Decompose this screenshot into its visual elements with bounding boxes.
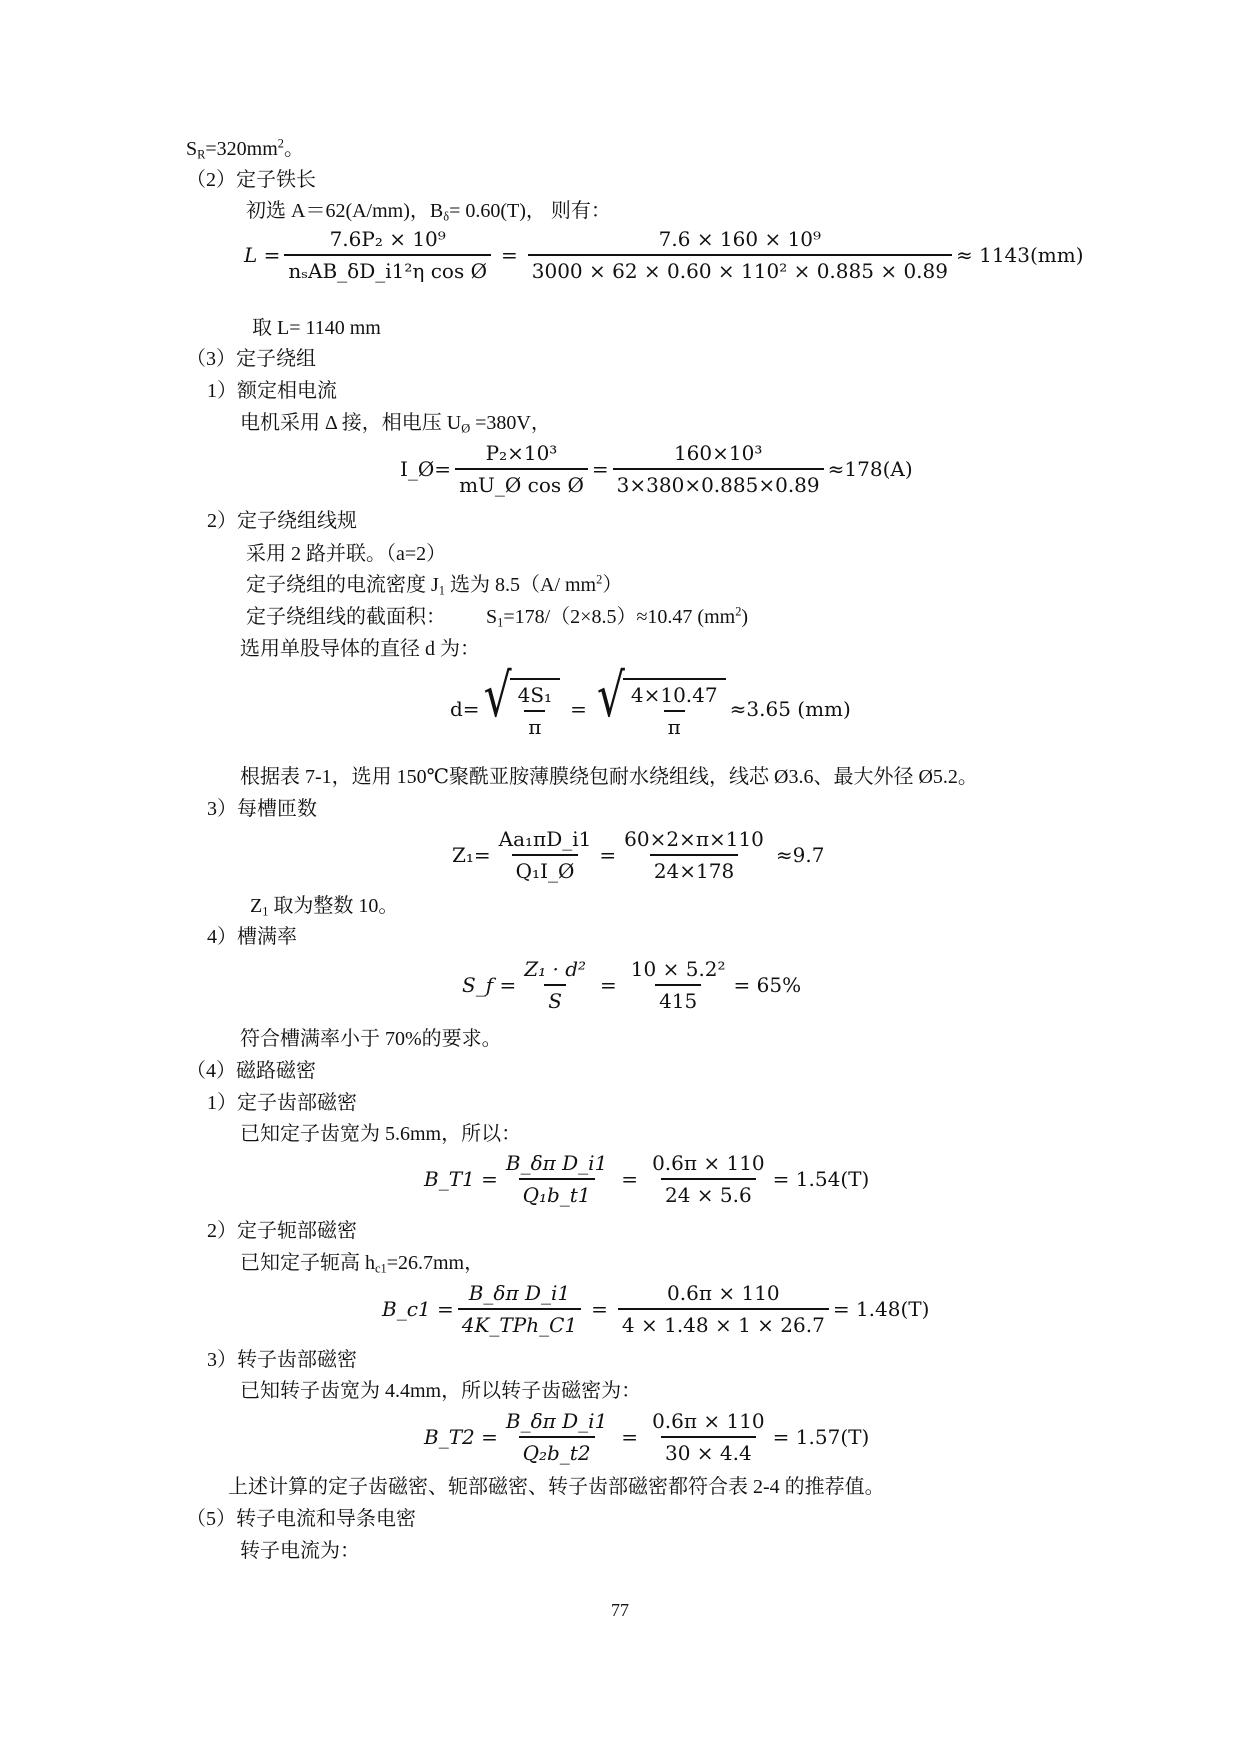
equals-sign: = (599, 843, 616, 867)
sr-line: SR=320mm2。 (186, 136, 304, 162)
subsection-heading: 2）定子绕组线规 (207, 508, 357, 534)
text: 电机采用 Δ 接，相电压 U (240, 412, 461, 434)
equation-turns-per-slot: Z₁= Aa₁πD_i1 Q₁I_Ø = 60×2×π×110 24×178 ≈… (452, 826, 824, 884)
text: ) (741, 606, 748, 628)
equals-sign: = (621, 1425, 638, 1449)
subsection-heading: 3）转子齿部磁密 (207, 1347, 357, 1373)
section-heading: （4）磁路磁密 (186, 1058, 316, 1084)
text: =178/（2×8.5）≈10.47 (mm (503, 606, 735, 628)
numerator: 4×10.47 (627, 682, 722, 710)
equation-conductor-diameter: d= √ 4S₁ π = √ 4×10.47 π ≈3.65 (mm) (450, 678, 851, 740)
text: 定子绕组线的截面积： S (246, 606, 497, 628)
radical-sign-icon: √ (484, 667, 512, 751)
numerator: B_δπ D_i1 (502, 1408, 611, 1436)
square-root: √ 4×10.47 π (597, 678, 726, 740)
denominator: S (544, 984, 566, 1014)
numerator: 7.6P₂ × 10⁹ (326, 226, 450, 254)
page-number: 77 (0, 1600, 1240, 1621)
radicand: 4S₁ π (510, 678, 560, 740)
text: 初选 A＝62(A/mm)，B (246, 200, 443, 222)
fraction: 60×2×π×110 24×178 (620, 826, 768, 884)
denominator: 24 × 5.6 (661, 1178, 756, 1208)
denominator: 4 × 1.48 × 1 × 26.7 (618, 1308, 829, 1338)
equals-sign: = (621, 1167, 638, 1191)
paragraph: 定子绕组的电流密度 J1 选为 8.5（A/ mm2） (246, 572, 622, 598)
subscript: c1 (375, 1262, 387, 1276)
eq-result: = 1.57(T) (773, 1425, 870, 1449)
numerator: 10 × 5.2² (627, 956, 730, 984)
numerator: 0.6π × 110 (663, 1280, 784, 1308)
denominator: nₛAB_δD_i1²η cos Ø (284, 254, 491, 284)
paragraph: 根据表 7-1，选用 150℃聚酰亚胺薄膜绕包耐水绕组线，线芯 Ø3.6、最大外… (240, 764, 978, 790)
text: S (186, 138, 197, 160)
subsection-heading: 1）定子齿部磁密 (207, 1090, 357, 1116)
equals-sign: = (600, 973, 617, 997)
eq-lhs: L = (244, 243, 280, 267)
denominator: 3×380×0.885×0.89 (613, 468, 824, 498)
numerator: 0.6π × 110 (648, 1150, 769, 1178)
eq-lhs: B_T2 = (424, 1425, 498, 1449)
denominator: Q₂b_t2 (519, 1436, 595, 1466)
denominator: Q₁b_t1 (519, 1178, 595, 1208)
fraction: 7.6 × 160 × 10⁹ 3000 × 62 × 0.60 × 110² … (528, 226, 952, 284)
equals-sign: = (501, 243, 518, 267)
text: ） (602, 574, 622, 596)
subsection-heading: 2）定子轭部磁密 (207, 1218, 357, 1244)
eq-lhs: B_T1 = (424, 1167, 498, 1191)
fraction: 4×10.47 π (627, 682, 722, 740)
numerator: 0.6π × 110 (648, 1408, 769, 1436)
eq-result: ≈3.65 (mm) (730, 697, 851, 721)
fraction: 0.6π × 110 24 × 5.6 (648, 1150, 769, 1208)
eq-lhs: d= (450, 697, 480, 721)
paragraph: 已知定子齿宽为 5.6mm，所以： (240, 1121, 521, 1147)
equation-stator-yoke-flux-density: B_c1 = B_δπ D_i1 4K_TPh_C1 = 0.6π × 110 … (382, 1280, 929, 1338)
text: = 0.60(T)， 则有： (449, 200, 611, 222)
text: 取为整数 10。 (268, 895, 398, 917)
eq-result: ≈9.7 (776, 843, 825, 867)
denominator: 415 (655, 984, 701, 1014)
paragraph: Z1 取为整数 10。 (250, 893, 398, 919)
eq-result: = 1.54(T) (773, 1167, 870, 1191)
eq-lhs: I_Ø= (400, 457, 451, 481)
numerator: B_δπ D_i1 (502, 1150, 611, 1178)
denominator: π (664, 710, 685, 740)
eq-result: = 1.48(T) (833, 1297, 930, 1321)
paragraph: 已知转子齿宽为 4.4mm，所以转子齿磁密为： (240, 1378, 641, 1404)
paragraph: 初选 A＝62(A/mm)，Bδ= 0.60(T)， 则有： (246, 198, 611, 224)
fraction: Aa₁πD_i1 Q₁I_Ø (495, 826, 596, 884)
text: Z (250, 895, 262, 917)
fraction: 160×10³ 3×380×0.885×0.89 (613, 440, 824, 498)
fraction: P₂×10³ mU_Ø cos Ø (455, 440, 588, 498)
numerator: 4S₁ (514, 682, 556, 710)
fraction: B_δπ D_i1 Q₂b_t2 (502, 1408, 611, 1466)
eq-lhs: B_c1 = (382, 1297, 454, 1321)
numerator: 7.6 × 160 × 10⁹ (655, 226, 825, 254)
paragraph: 选用单股导体的直径 d 为： (240, 636, 480, 662)
text: 选为 8.5（A/ mm (445, 574, 596, 596)
paragraph: 已知定子轭高 hc1=26.7mm， (240, 1250, 484, 1276)
fraction: 4S₁ π (514, 682, 556, 740)
paragraph: 电机采用 Δ 接，相电压 UØ =380V， (240, 410, 551, 436)
denominator: mU_Ø cos Ø (455, 468, 588, 498)
section-heading: （3）定子绕组 (186, 346, 316, 372)
section-heading: （5）转子电流和导条电密 (186, 1506, 416, 1532)
equals-sign: = (592, 457, 609, 481)
denominator: 4K_TPh_C1 (458, 1308, 581, 1338)
denominator: Q₁I_Ø (512, 854, 579, 884)
paragraph: 定子绕组线的截面积： S1=178/（2×8.5）≈10.47 (mm2) (246, 604, 748, 630)
paragraph: 符合槽满率小于 70%的要求。 (240, 1026, 502, 1052)
subscript: Ø (461, 422, 470, 436)
numerator: Aa₁πD_i1 (495, 826, 596, 854)
denominator: 3000 × 62 × 0.60 × 110² × 0.885 × 0.89 (528, 254, 952, 284)
equation-phase-current: I_Ø= P₂×10³ mU_Ø cos Ø = 160×10³ 3×380×0… (400, 440, 913, 498)
eq-result: ≈ 1143(mm) (956, 243, 1084, 267)
fraction: 10 × 5.2² 415 (627, 956, 730, 1014)
section-heading: （2）定子铁长 (186, 167, 316, 193)
text: =380V， (470, 412, 551, 434)
fraction: B_δπ D_i1 Q₁b_t1 (502, 1150, 611, 1208)
fraction: B_δπ D_i1 4K_TPh_C1 (458, 1280, 581, 1338)
eq-result: ≈178(A) (828, 457, 913, 481)
text: 已知定子轭高 h (240, 1252, 375, 1274)
text: =320mm (205, 138, 277, 160)
radicand: 4×10.47 π (623, 678, 726, 740)
eq-lhs: Z₁= (452, 843, 491, 867)
equation-stator-tooth-flux-density: B_T1 = B_δπ D_i1 Q₁b_t1 = 0.6π × 110 24 … (424, 1150, 869, 1208)
numerator: B_δπ D_i1 (465, 1280, 574, 1308)
text: 定子绕组的电流密度 J (246, 574, 439, 596)
paragraph: 采用 2 路并联。（a=2） (246, 541, 446, 567)
eq-result: = 65% (734, 973, 802, 997)
square-root: √ 4S₁ π (484, 678, 561, 740)
text: =26.7mm， (387, 1252, 484, 1274)
subsection-heading: 1）额定相电流 (207, 378, 337, 404)
fraction: 0.6π × 110 4 × 1.48 × 1 × 26.7 (618, 1280, 829, 1338)
numerator: 160×10³ (670, 440, 766, 468)
text: 。 (284, 138, 304, 160)
eq-lhs: S_f = (462, 973, 516, 997)
paragraph: 转子电流为： (240, 1538, 360, 1564)
denominator: 24×178 (650, 854, 738, 884)
equation-rotor-tooth-flux-density: B_T2 = B_δπ D_i1 Q₂b_t2 = 0.6π × 110 30 … (424, 1408, 869, 1466)
subsection-heading: 3）每槽匝数 (207, 796, 317, 822)
numerator: 60×2×π×110 (620, 826, 768, 854)
equation-stator-length: L = 7.6P₂ × 10⁹ nₛAB_δD_i1²η cos Ø = 7.6… (244, 226, 1084, 284)
subsection-heading: 4）槽满率 (207, 924, 297, 950)
denominator: π (524, 710, 545, 740)
radical-sign-icon: √ (597, 667, 625, 751)
paragraph: 上述计算的定子齿磁密、轭部磁密、转子齿部磁密都符合表 2-4 的推荐值。 (228, 1474, 885, 1500)
paragraph: 取 L= 1140 mm (252, 315, 381, 341)
numerator: P₂×10³ (482, 440, 562, 468)
fraction: Z₁ · d² S (520, 956, 590, 1014)
denominator: 30 × 4.4 (661, 1436, 756, 1466)
numerator: Z₁ · d² (520, 956, 590, 984)
equals-sign: = (570, 697, 587, 721)
equation-slot-fill-factor: S_f = Z₁ · d² S = 10 × 5.2² 415 = 65% (462, 956, 801, 1014)
fraction: 7.6P₂ × 10⁹ nₛAB_δD_i1²η cos Ø (284, 226, 491, 284)
fraction: 0.6π × 110 30 × 4.4 (648, 1408, 769, 1466)
equals-sign: = (591, 1297, 608, 1321)
